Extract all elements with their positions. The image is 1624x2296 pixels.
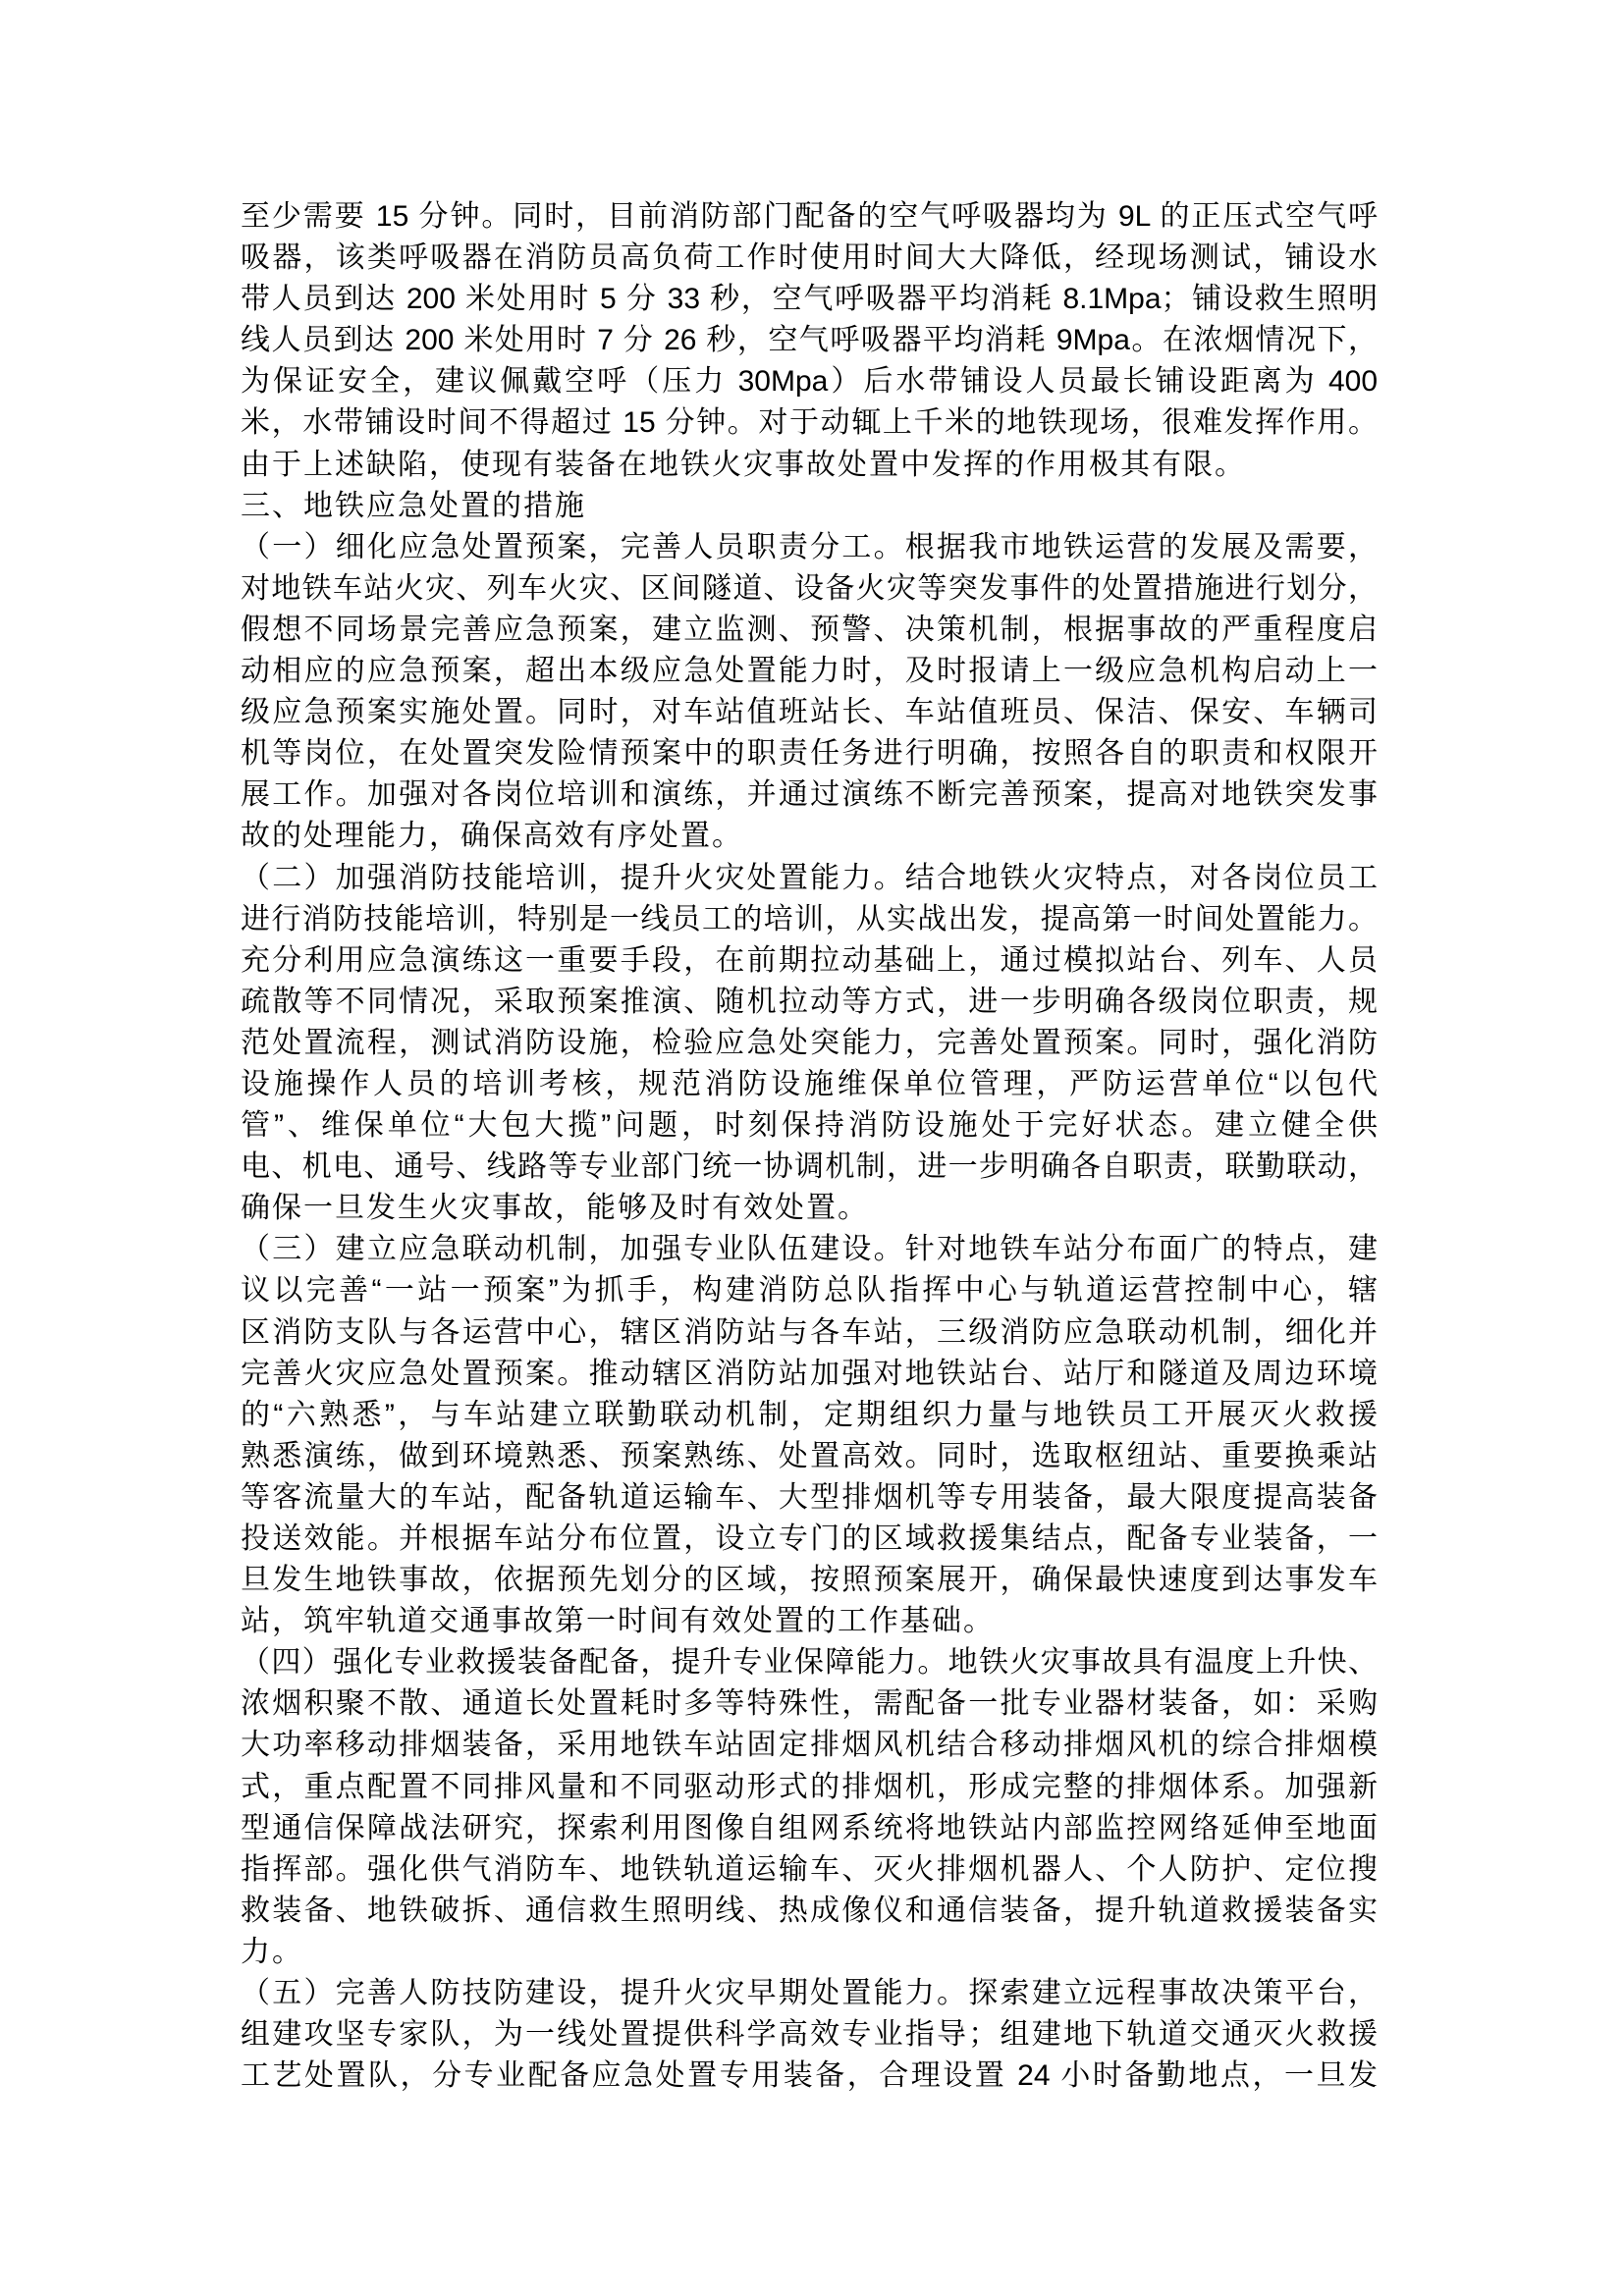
text-line: 假想不同场景完善应急预案，建立监测、预警、决策机制，根据事故的严重程度启 [241,610,1378,651]
text-line: 进行消防技能培训，特别是一线员工的培训，从实战出发，提高第一时间处置能力。 [241,899,1378,940]
text-line: 机等岗位，在处置突发险情预案中的职责任务进行明确，按照各自的职责和权限开 [241,733,1378,774]
document-body: 至少需要 15 分钟。同时，目前消防部门配备的空气呼吸器均为 9L 的正压式空气… [241,196,1378,2097]
text-line: 旦发生地铁事故，依据预先划分的区域，按照预案展开，确保最快速度到达事发车 [241,1560,1378,1601]
text-line: 疏散等不同情况，采取预案推演、随机拉动等方式，进一步明确各级岗位职责，规 [241,982,1378,1023]
text-line: 对地铁车站火灾、列车火灾、区间隧道、设备火灾等突发事件的处置措施进行划分， [241,568,1378,610]
text-line: 展工作。加强对各岗位培训和演练，并通过演练不断完善预案，提高对地铁突发事 [241,774,1378,816]
text-line: 线人员到达 200 米处用时 7 分 26 秒，空气呼吸器平均消耗 9Mpa。在… [241,320,1378,361]
text-line: 充分利用应急演练这一重要手段，在前期拉动基础上，通过模拟站台、列车、人员 [241,940,1378,982]
document-page: 至少需要 15 分钟。同时，目前消防部门配备的空气呼吸器均为 9L 的正压式空气… [0,0,1624,2296]
text-line: 管”、维保单位“大包大揽”问题，时刻保持消防设施处于完好状态。建立健全供 [241,1105,1378,1147]
text-line: （五）完善人防技防建设，提升火灾早期处置能力。探索建立远程事故决策平台， [241,1973,1378,2014]
text-line: 带人员到达 200 米处用时 5 分 33 秒，空气呼吸器平均消耗 8.1Mpa… [241,279,1378,320]
text-line: 由于上述缺陷，使现有装备在地铁火灾事故处置中发挥的作用极其有限。 [241,445,1378,486]
text-line: 动相应的应急预案，超出本级应急处置能力时，及时报请上一级应急机构启动上一 [241,651,1378,692]
text-line: 的“六熟悉”，与车站建立联勤联动机制，定期组织力量与地铁员工开展灭火救援 [241,1395,1378,1436]
text-line: 为保证安全，建议佩戴空呼（压力 30Mpa）后水带铺设人员最长铺设距离为 400 [241,361,1378,402]
text-line: 设施操作人员的培训考核，规范消防设施维保单位管理，严防运营单位“以包代 [241,1064,1378,1105]
text-line: 级应急预案实施处置。同时，对车站值班站长、车站值班员、保洁、保安、车辆司 [241,692,1378,733]
text-line: 式，重点配置不同排风量和不同驱动形式的排烟机，形成完整的排烟体系。加强新 [241,1767,1378,1808]
text-line: （二）加强消防技能培训，提升火灾处置能力。结合地铁火灾特点，对各岗位员工 [241,858,1378,899]
text-line: 米，水带铺设时间不得超过 15 分钟。对于动辄上千米的地铁现场，很难发挥作用。 [241,402,1378,444]
text-line: 等客流量大的车站，配备轨道运输车、大型排烟机等专用装备，最大限度提高装备 [241,1477,1378,1519]
text-line: 浓烟积聚不散、通道长处置耗时多等特殊性，需配备一批专业器材装备，如：采购 [241,1683,1378,1725]
text-line: 至少需要 15 分钟。同时，目前消防部门配备的空气呼吸器均为 9L 的正压式空气… [241,196,1378,238]
text-line: 范处置流程，测试消防设施，检验应急处突能力，完善处置预案。同时，强化消防 [241,1023,1378,1064]
text-line: 站，筑牢轨道交通事故第一时间有效处置的工作基础。 [241,1601,1378,1642]
text-line: 电、机电、通号、线路等专业部门统一协调机制，进一步明确各自职责，联勤联动， [241,1147,1378,1188]
text-line: 熟悉演练，做到环境熟悉、预案熟练、处置高效。同时，选取枢纽站、重要换乘站 [241,1436,1378,1477]
text-line: 故的处理能力，确保高效有序处置。 [241,816,1378,857]
text-line: 确保一旦发生火灾事故，能够及时有效处置。 [241,1188,1378,1229]
text-line: （一）细化应急处置预案，完善人员职责分工。根据我市地铁运营的发展及需要， [241,527,1378,568]
text-line: 三、地铁应急处置的措施 [241,486,1378,527]
text-line: 型通信保障战法研究，探索利用图像自组网系统将地铁站内部监控网络延伸至地面 [241,1808,1378,1849]
text-line: 工艺处置队，分专业配备应急处置专用装备，合理设置 24 小时备勤地点，一旦发 [241,2056,1378,2097]
text-line: 吸器，该类呼吸器在消防员高负荷工作时使用时间大大降低，经现场测试，铺设水 [241,238,1378,279]
text-line: （四）强化专业救援装备配备，提升专业保障能力。地铁火灾事故具有温度上升快、 [241,1642,1378,1683]
text-line: 投送效能。并根据车站分布位置，设立专门的区域救援集结点，配备专业装备，一 [241,1519,1378,1560]
text-line: 指挥部。强化供气消防车、地铁轨道运输车、灭火排烟机器人、个人防护、定位搜 [241,1849,1378,1891]
text-line: （三）建立应急联动机制，加强专业队伍建设。针对地铁车站分布面广的特点，建 [241,1229,1378,1270]
text-line: 力。 [241,1932,1378,1973]
text-line: 组建攻坚专家队，为一线处置提供科学高效专业指导；组建地下轨道交通灭火救援 [241,2014,1378,2056]
text-line: 区消防支队与各运营中心，辖区消防站与各车站，三级消防应急联动机制，细化并 [241,1312,1378,1354]
text-line: 救装备、地铁破拆、通信救生照明线、热成像仪和通信装备，提升轨道救援装备实 [241,1891,1378,1932]
text-line: 大功率移动排烟装备，采用地铁车站固定排烟风机结合移动排烟风机的综合排烟模 [241,1725,1378,1766]
text-line: 完善火灾应急处置预案。推动辖区消防站加强对地铁站台、站厅和隧道及周边环境 [241,1354,1378,1395]
text-line: 议以完善“一站一预案”为抓手，构建消防总队指挥中心与轨道运营控制中心，辖 [241,1270,1378,1311]
